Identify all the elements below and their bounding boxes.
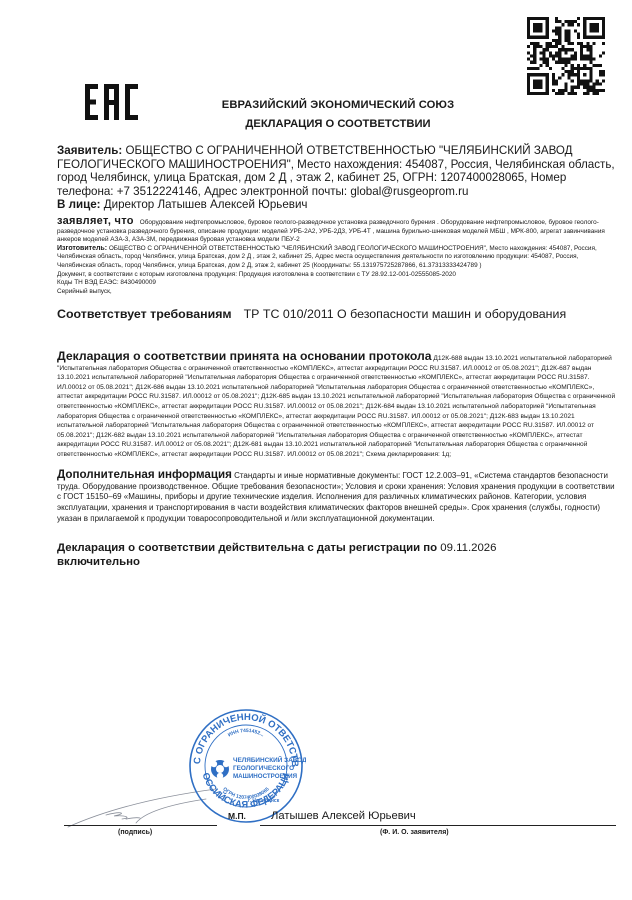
validity-suffix: включительно bbox=[57, 556, 140, 568]
stamp-inn: ИНН 7451452... bbox=[227, 728, 266, 739]
applicant-label: Заявитель: bbox=[57, 144, 122, 157]
document-title: ДЕКЛАРАЦИЯ О СООТВЕТСТВИИ bbox=[0, 118, 632, 130]
stamp-line2: ГЕОЛОГИЧЕСКОГО bbox=[233, 765, 294, 772]
factory-logo-icon bbox=[211, 760, 229, 779]
protocol-label: Декларация о соответствии принята на осн… bbox=[57, 349, 432, 363]
qr-code-icon bbox=[527, 17, 605, 95]
manufacturer-text: ОБЩЕСТВО С ОГРАНИЧЕННОЙ ОТВЕТСТВЕННОСТЬЮ… bbox=[57, 245, 597, 269]
stamp-line1: ЧЕЛЯБИНСКИЙ ЗАВОД bbox=[233, 755, 306, 764]
signature-caption: (подпись) bbox=[118, 829, 152, 836]
manufacturer-label: Изготовитель: bbox=[57, 245, 107, 252]
stamp-city: г. Челябинск bbox=[248, 797, 280, 804]
validity-label: Декларация о соответствии действительна … bbox=[57, 542, 437, 554]
represented-label: В лице: bbox=[57, 198, 101, 211]
declares-label: заявляет, что bbox=[57, 215, 134, 227]
conformity-text: ТР ТС 010/2011 О безопасности машин и об… bbox=[244, 307, 567, 321]
validity-section: Декларация о соответствии действительна … bbox=[57, 541, 617, 569]
hs-codes: Коды ТН ВЭД ЕАЭС: 8430490009 bbox=[57, 279, 156, 286]
name-line bbox=[260, 825, 616, 826]
applicant-text: ОБЩЕСТВО С ОГРАНИЧЕННОЙ ОТВЕТСТВЕННОСТЬЮ… bbox=[57, 144, 615, 198]
name-caption: (Ф. И. О. заявителя) bbox=[380, 829, 449, 836]
serial-release: Серийный выпуск, bbox=[57, 288, 112, 295]
svg-text:ИНН 7451452...: ИНН 7451452... bbox=[227, 728, 266, 739]
validity-date: 09.11.2026 bbox=[437, 542, 496, 554]
represented-text: Директор Латышев Алексей Юрьевич bbox=[101, 198, 308, 211]
conformity-label: Соответствует требованиям bbox=[57, 307, 232, 321]
additional-info-section: Дополнительная информация Стандарты и ин… bbox=[57, 470, 617, 525]
applicant-section: Заявитель: ОБЩЕСТВО С ОГРАНИЧЕННОЙ ОТВЕТ… bbox=[57, 144, 617, 212]
stamp-place-mark: М.П. bbox=[228, 811, 246, 821]
protocol-section: Декларация о соответствии принята на осн… bbox=[57, 352, 617, 460]
additional-info-label: Дополнительная информация bbox=[57, 468, 232, 481]
document-basis: Документ, в соответствии с которым изгот… bbox=[57, 271, 456, 278]
protocol-text: Д12К-688 выдан 13.10.2021 испытательной … bbox=[57, 355, 615, 458]
union-title: ЕВРАЗИЙСКИЙ ЭКОНОМИЧЕСКИЙ СОЮЗ bbox=[0, 99, 632, 111]
declares-section: заявляет, чтоОборудование нефтепромыслов… bbox=[57, 217, 617, 296]
signer-name: Латышев Алексей Юрьевич bbox=[271, 810, 416, 822]
product-description: Оборудование нефтепромысловое, буровое г… bbox=[57, 219, 605, 243]
signature-line bbox=[64, 825, 217, 826]
stamp-line3: МАШИНОСТРОЕНИЯ bbox=[233, 773, 298, 780]
conformity-section: Соответствует требованиямТР ТС 010/2011 … bbox=[57, 307, 617, 321]
company-stamp: ОБЩЕСТВО С ОГРАНИЧЕННОЙ ОТВЕТСТВЕННОСТЬЮ… bbox=[186, 706, 306, 826]
